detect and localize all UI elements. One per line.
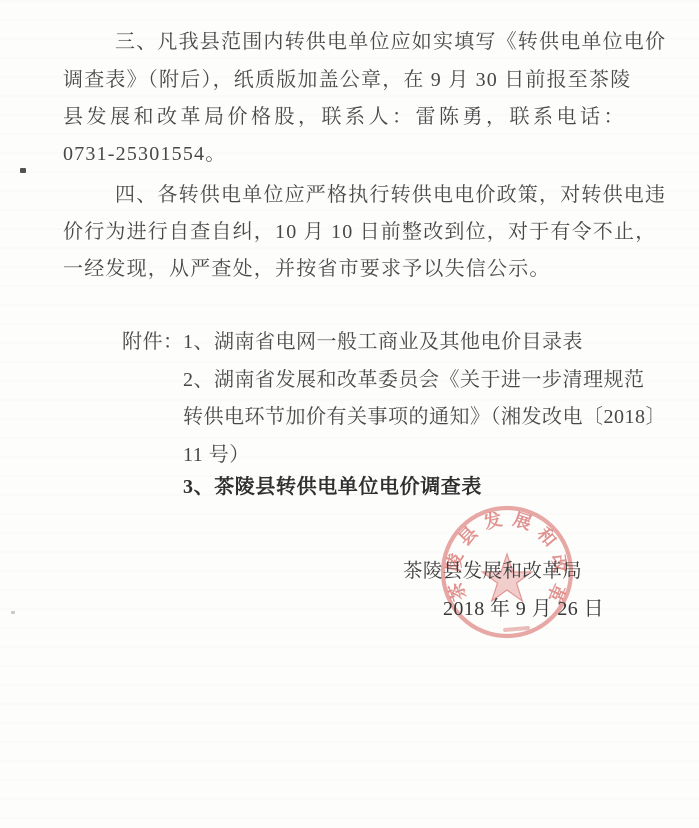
attachment-item-continuation: 转供电环节加价有关事项的通知》（湘发改电〔2018〕 xyxy=(183,405,666,429)
signature-date: 2018 年 9 月 26 日 xyxy=(443,597,604,621)
scan-speck xyxy=(11,611,15,614)
attachment-item: 3、茶陵县转供电单位电价调查表 xyxy=(183,475,482,499)
scan-speck xyxy=(20,168,26,173)
attachments-label: 附件： xyxy=(122,330,184,354)
paragraph-3-line: 县发展和改革局价格股，联系人：雷陈勇，联系电话： xyxy=(63,105,627,129)
attachment-item: 2、湖南省发展和改革委员会《关于进一步清理规范 xyxy=(183,368,645,392)
attachment-item-continuation: 11 号） xyxy=(183,443,250,467)
paragraph-3-line: 0731-25301554。 xyxy=(63,142,226,166)
signature-organization: 茶陵县发展和改革局 xyxy=(403,560,582,584)
paragraph-3-line: 调查表》（附后），纸质版加盖公章，在 9 月 30 日前报至茶陵 xyxy=(63,68,631,92)
attachment-item: 1、湖南省电网一般工商业及其他电价目录表 xyxy=(183,330,583,354)
paragraph-4-line: 一经发现，从严查处，并按省市要求予以失信公示。 xyxy=(63,257,551,281)
paragraph-3-line: 三、凡我县范围内转供电单位应如实填写《转供电单位电价 xyxy=(115,30,666,54)
paragraph-4-line: 四、各转供电单位应严格执行转供电电价政策，对转供电违 xyxy=(115,183,666,207)
document-page: 三、凡我县范围内转供电单位应如实填写《转供电单位电价 调查表》（附后），纸质版加… xyxy=(0,0,699,828)
paragraph-4-line: 价行为进行自查自纠，10 月 10 日前整改到位，对于有令不止， xyxy=(63,220,656,244)
